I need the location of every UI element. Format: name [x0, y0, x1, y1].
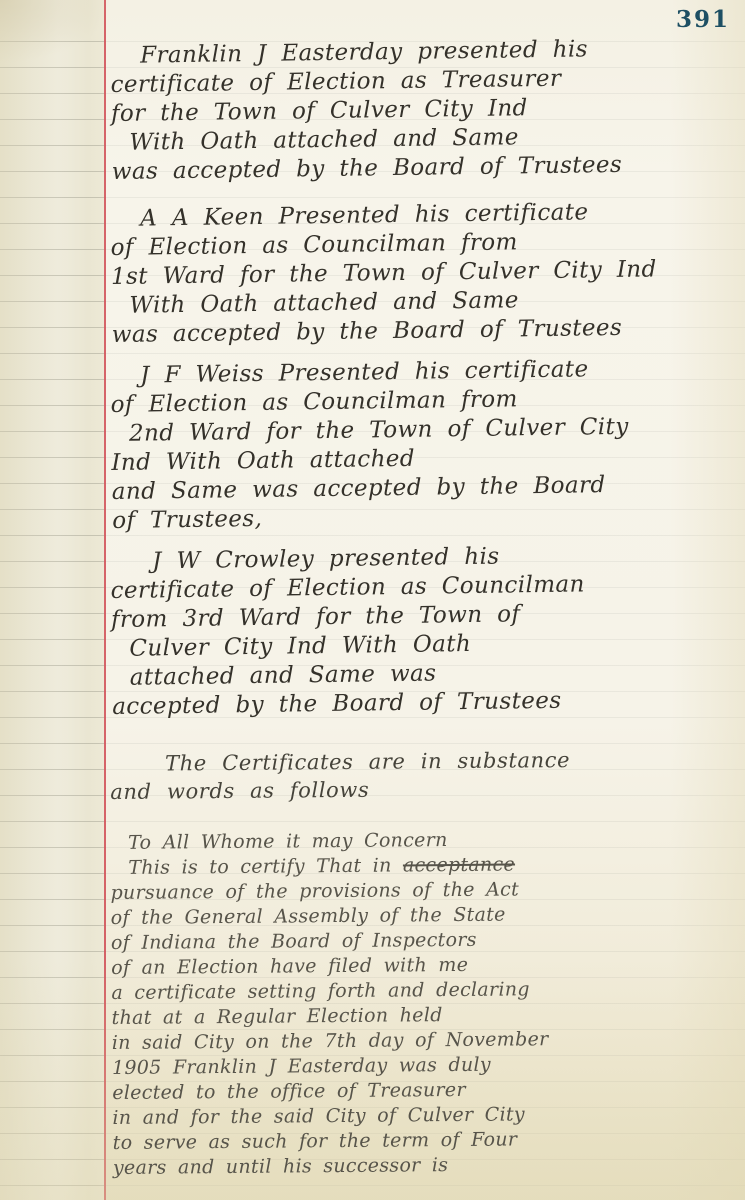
certificate-text: To All Whome it may Concern This is to c… [110, 827, 550, 1181]
handwriting-line: that at a Regular Election held [112, 1002, 549, 1031]
handwriting-line: accepted by the Board of Trustees [112, 686, 587, 722]
red-margin-rule [104, 0, 106, 1200]
page-number: 391 [676, 6, 730, 33]
handwriting-line: of the General Assembly of the State [111, 902, 548, 931]
handwriting-line: The Certificates are in substance [110, 746, 570, 778]
handwriting-line: to serve as such for the term of Four [113, 1127, 550, 1156]
certificates-note: The Certificates are in substance and wo… [110, 746, 570, 806]
handwriting-line: in and for the said City of Culver City [112, 1102, 549, 1131]
handwriting-line: To All Whome it may Concern [110, 827, 547, 856]
entry-keen: A A Keen Presented his certificate of El… [110, 197, 658, 350]
handwriting-line: This is to certify That in acceptance [110, 852, 547, 881]
page-gutter [0, 0, 104, 1200]
handwriting-line: years and until his successor is [113, 1152, 550, 1181]
handwriting-line: of Trustees, [112, 500, 630, 536]
handwriting-line: 1905 Franklin J Easterday was duly [112, 1052, 549, 1081]
entry-crowley: J W Crowley presented his certificate of… [110, 541, 587, 722]
ledger-page: 391 Franklin J Easterday presented his c… [0, 0, 745, 1200]
entry-easterday: Franklin J Easterday presented his certi… [110, 35, 622, 187]
handwriting-line: was accepted by the Board of Trustees [112, 151, 623, 187]
struck-word: acceptance [403, 853, 515, 876]
entry-weiss: J F Weiss Presented his certificate of E… [110, 355, 630, 536]
handwriting-line: a certificate setting forth and declarin… [111, 977, 548, 1006]
handwriting-line: of Indiana the Board of Inspectors [111, 927, 548, 956]
handwriting-line: in said City on the 7th day of November [112, 1027, 549, 1056]
handwriting-line: pursuance of the provisions of the Act [110, 877, 547, 906]
handwriting-text: This is to certify That in [128, 854, 403, 878]
handwriting-line: was accepted by the Board of Trustees [112, 313, 658, 350]
handwriting-line: and words as follows [110, 774, 570, 806]
handwriting-line: elected to the office of Treasurer [112, 1077, 549, 1106]
handwriting-line: of an Election have filed with me [111, 952, 548, 981]
